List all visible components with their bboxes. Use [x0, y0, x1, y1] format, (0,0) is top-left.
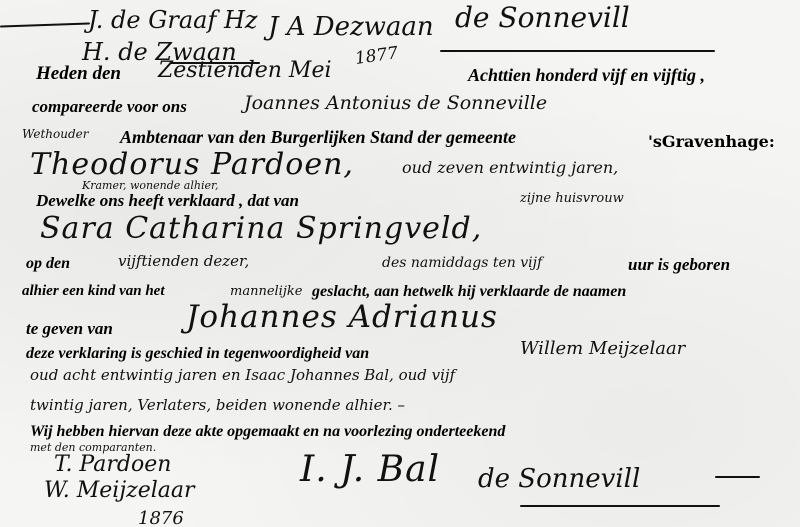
signature-dezwaan: J A Dezwaan [268, 14, 434, 40]
handwritten-official-name: Joannes Antonius de Sonneville [244, 94, 547, 113]
handwritten-birth-time: des namiddags ten vijf [382, 256, 542, 270]
handwritten-spouse: zijne huisvrouw [520, 192, 624, 205]
signature-flourish [715, 476, 760, 478]
year-annotation: 1877 [354, 45, 399, 68]
witness-details: oud acht entwintig jaren en Isaac Johann… [30, 368, 455, 383]
handwritten-birth-date: vijftienden dezer, [118, 254, 249, 269]
form-text: Dewelke ons heeft verklaard , dat van [36, 192, 299, 209]
city-name: 'sGravenhage: [648, 134, 775, 150]
handwritten-sex: mannelijke [230, 285, 302, 298]
signature-underline [520, 505, 720, 507]
mother-name: Sara Catharina Springveld, [40, 214, 482, 244]
form-text: compareerde voor ons [32, 98, 187, 115]
form-text: te geven van [26, 320, 113, 337]
witness-occupation: twintig jaren, Verlaters, beiden wonende… [30, 398, 405, 413]
form-text: alhier een kind van het [22, 284, 165, 299]
handwritten-date: Zestienden Mei [158, 60, 332, 82]
signature-pardoen: T. Pardoen [54, 454, 171, 476]
cut-off-text: 1876 [138, 510, 184, 527]
signature-bal: I. J. Bal [300, 452, 440, 488]
form-text: Heden den [36, 64, 121, 83]
handwritten-title: Wethouder [22, 128, 88, 140]
form-text: Ambtenaar van den Burgerlijken Stand der… [120, 128, 516, 146]
father-name: Theodorus Pardoen, [30, 150, 354, 180]
handwritten-age: oud zeven entwintig jaren, [402, 160, 618, 176]
document-page: J. de Graaf Hz H. de Zwaan J A Dezwaan d… [0, 0, 800, 527]
witness-1-name: Willem Meijzelaar [520, 340, 685, 358]
form-text-closing: Wij hebben hiervan deze akte opgemaakt e… [30, 424, 505, 440]
form-text: Achttien honderd vijf en vijftig , [468, 66, 705, 84]
form-text: geslacht, aan hetwelk hij verklaarde de … [312, 284, 626, 300]
flourish-line [0, 22, 90, 27]
child-name: Johannes Adrianus [186, 302, 498, 333]
signature-sonneville-top: de Sonnevill [455, 4, 630, 32]
signature-sonneville-bottom: de Sonnevill [478, 466, 640, 492]
signature-de-graaf: J. de Graaf Hz [88, 8, 258, 32]
handwritten-occupation: Kramer, wonende alhier, [82, 180, 219, 191]
form-text: op den [26, 256, 70, 272]
form-text: uur is geboren [628, 256, 730, 273]
signature-underline [440, 50, 715, 52]
form-text: deze verklaring is geschied in tegenwoor… [26, 346, 369, 362]
signature-meijzelaar: W. Meijzelaar [44, 480, 195, 502]
